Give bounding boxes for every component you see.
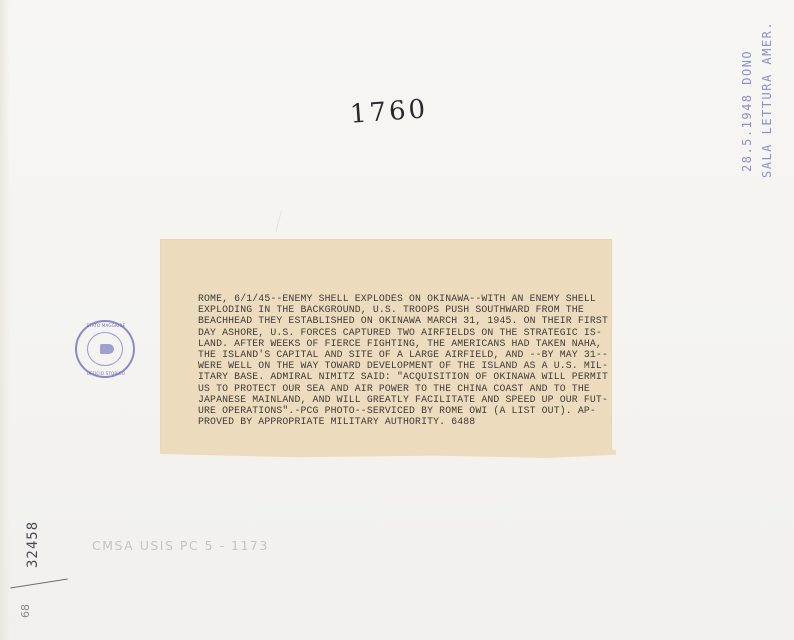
caption-line: EXPLODING IN THE BACKGROUND, U.S. TROOPS… (198, 304, 758, 315)
pencil-fraction-line (10, 578, 67, 588)
pencil-fraction-number: 68 (19, 604, 32, 618)
caption-line: THE ISLAND'S CAPITAL AND SITE OF A LARGE… (198, 349, 758, 360)
caption-line: ROME, 6/1/45--ENEMY SHELL EXPLODES ON OK… (198, 293, 758, 304)
caption-line: ITARY BASE. ADMIRAL NIMITZ SAID: "ACQUIS… (198, 371, 758, 382)
caption-text: ROME, 6/1/45--ENEMY SHELL EXPLODES ON OK… (198, 293, 758, 427)
caption-line: US TO PROTECT OUR SEA AND AIR POWER TO T… (198, 383, 758, 394)
archive-code: CMSA USIS PC 5 - 1173 (92, 538, 269, 553)
typewritten-caption-slip: ROME, 6/1/45--ENEMY SHELL EXPLODES ON OK… (160, 239, 612, 452)
caption-line: JAPANESE MAINLAND, AND WILL GREATLY FACI… (198, 394, 758, 405)
shield-emblem-icon (100, 344, 114, 354)
caption-line: DAY ASHORE, U.S. FORCES CAPTURED TWO AIR… (198, 327, 758, 338)
caption-line: LAND. AFTER WEEKS OF FIERCE FIGHTING, TH… (198, 338, 758, 349)
seal-ring-text-top: STATO MAGGIORE (81, 323, 131, 328)
handwritten-catalog-number: 1760 (349, 94, 429, 129)
caption-line: PROVED BY APPROPRIATE MILITARY AUTHORITY… (198, 416, 758, 427)
date-stamp: 28.5.1948 DONO (740, 50, 754, 172)
seal-ring-text-bottom: UFFICIO STORICO (81, 371, 131, 376)
serial-number-stamp: 32458 (25, 521, 41, 568)
caption-line: BEACHHEAD THEY ESTABLISHED ON OKINAWA MA… (198, 315, 758, 326)
caption-line: URE OPERATIONS".-PCG PHOTO--SERVICED BY … (198, 405, 758, 416)
pencil-mark (275, 210, 299, 236)
seal-inner-ring (87, 332, 123, 366)
photo-reverse-sheet: 1760 28.5.1948 DONO SALA LETTURA AMER. S… (0, 0, 794, 640)
official-seal-stamp: STATO MAGGIORE UFFICIO STORICO (75, 320, 135, 378)
caption-line: WERE WELL ON THE WAY TOWARD DEVELOPMENT … (198, 360, 758, 371)
library-stamp: SALA LETTURA AMER. (760, 21, 774, 178)
